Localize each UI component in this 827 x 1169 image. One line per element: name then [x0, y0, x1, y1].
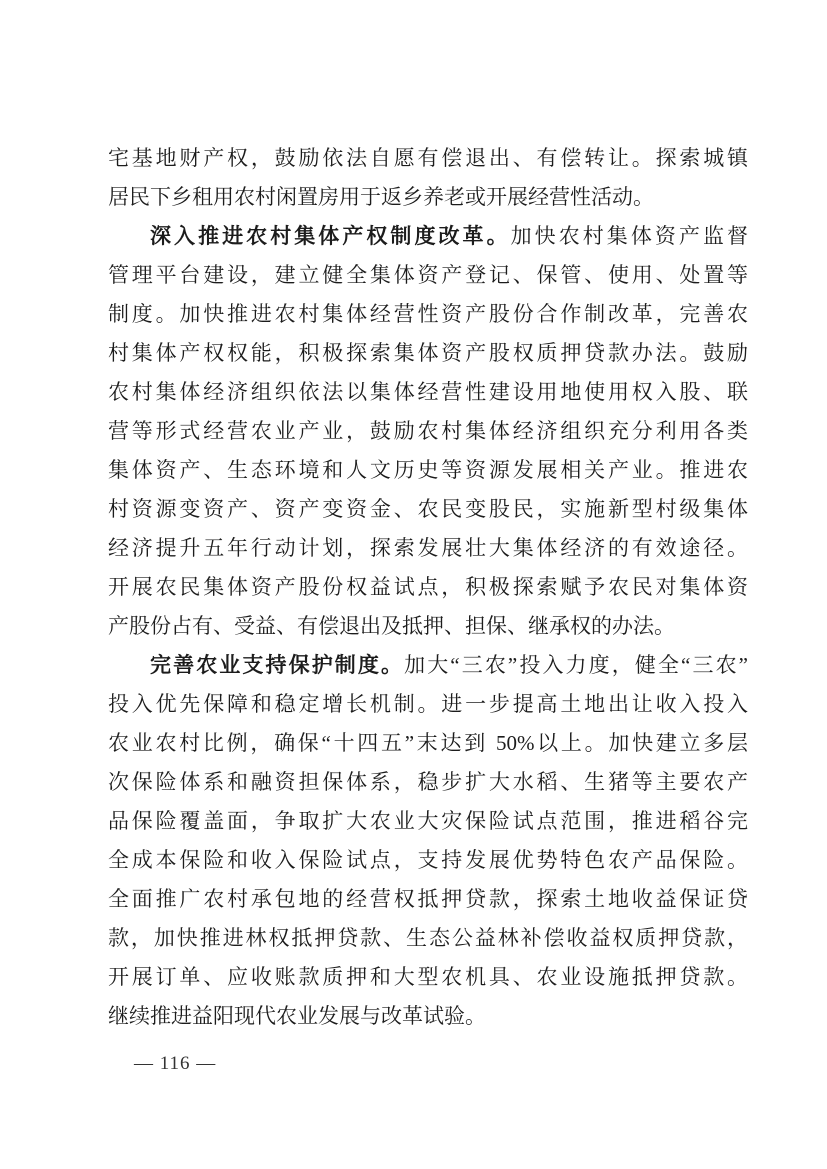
- text-line: 制度。加快推进农村集体经营性资产股份合作制改革，完善农: [108, 295, 748, 334]
- text-run: 继续推进益阳现代农业发展与改革试验。: [108, 1004, 486, 1028]
- text-run: 次保险体系和融资担保体系，稳步扩大水稻、生猪等主要农产: [108, 770, 748, 794]
- text-line: 开展农民集体资产股份权益试点，积极探索赋予农民对集体资: [108, 568, 748, 607]
- text-run: 品保险覆盖面，争取扩大农业大灾保险试点范围，推进稻谷完: [108, 809, 748, 833]
- text-run: 全面推广农村承包地的经营权抵押贷款，探索土地收益保证贷: [108, 887, 748, 911]
- section-heading-run: 完善农业支持保护制度。: [150, 653, 404, 677]
- text-run: 农村集体经济组织依法以集体经营性建设用地使用权入股、联: [108, 380, 748, 404]
- paragraph: 宅基地财产权，鼓励依法自愿有偿退出、有偿转让。探索城镇 居民下乡租用农村闲置房用…: [108, 139, 748, 217]
- document-body-text: 宅基地财产权，鼓励依法自愿有偿退出、有偿转让。探索城镇 居民下乡租用农村闲置房用…: [108, 139, 748, 1036]
- text-run: 营等形式经营农业产业，鼓励农村集体经济组织充分利用各类: [108, 419, 748, 443]
- text-run: 村资源变资产、资产变资金、农民变股民，实施新型村级集体: [108, 497, 748, 521]
- text-line: 村集体产权权能，积极探索集体资产股权质押贷款办法。鼓励: [108, 334, 748, 373]
- page-number: — 116 —: [134, 1050, 216, 1078]
- document-page: { "page": { "background_color": "#ffffff…: [0, 0, 827, 1169]
- text-line: 开展订单、应收账款质押和大型农机具、农业设施抵押贷款。: [108, 958, 748, 997]
- text-run: 经济提升五年行动计划，探索发展壮大集体经济的有效途径。: [108, 536, 748, 560]
- text-line: 产股份占有、受益、有偿退出及抵押、担保、继承权的办法。: [108, 607, 748, 646]
- text-line: 营等形式经营农业产业，鼓励农村集体经济组织充分利用各类: [108, 412, 748, 451]
- text-run: 农业农村比例，确保“十四五”末达到 50%以上。加快建立多层: [108, 731, 748, 755]
- text-run: 居民下乡租用农村闲置房用于返乡养老或开展经营性活动。: [108, 185, 654, 209]
- text-line: 管理平台建设，建立健全集体资产登记、保管、使用、处置等: [108, 256, 748, 295]
- text-line: 全成本保险和收入保险试点，支持发展优势特色农产品保险。: [108, 841, 748, 880]
- text-run: 集体资产、生态环境和人文历史等资源发展相关产业。推进农: [108, 458, 748, 482]
- text-run: 款，加快推进林权抵押贷款、生态公益林补偿收益权质押贷款，: [108, 926, 748, 950]
- text-run: 开展订单、应收账款质押和大型农机具、农业设施抵押贷款。: [108, 965, 748, 989]
- text-line: 村资源变资产、资产变资金、农民变股民，实施新型村级集体: [108, 490, 748, 529]
- text-line: 全面推广农村承包地的经营权抵押贷款，探索土地收益保证贷: [108, 880, 748, 919]
- text-line: 品保险覆盖面，争取扩大农业大灾保险试点范围，推进稻谷完: [108, 802, 748, 841]
- text-run: 宅基地财产权，鼓励依法自愿有偿退出、有偿转让。探索城镇: [108, 146, 748, 170]
- text-run: 村集体产权权能，积极探索集体资产股权质押贷款办法。鼓励: [108, 341, 748, 365]
- section-heading-run: 深入推进农村集体产权制度改革。: [150, 224, 511, 248]
- text-line: 居民下乡租用农村闲置房用于返乡养老或开展经营性活动。: [108, 178, 748, 217]
- text-run: 投入优先保障和稳定增长机制。进一步提高土地出让收入投入: [108, 692, 748, 716]
- text-line: 农村集体经济组织依法以集体经营性建设用地使用权入股、联: [108, 373, 748, 412]
- text-run: 全成本保险和收入保险试点，支持发展优势特色农产品保险。: [108, 848, 748, 872]
- text-line: 继续推进益阳现代农业发展与改革试验。: [108, 997, 748, 1036]
- text-line: 经济提升五年行动计划，探索发展壮大集体经济的有效途径。: [108, 529, 748, 568]
- text-line: 深入推进农村集体产权制度改革。加快农村集体资产监督: [108, 217, 748, 256]
- text-line: 投入优先保障和稳定增长机制。进一步提高土地出让收入投入: [108, 685, 748, 724]
- text-run: 开展农民集体资产股份权益试点，积极探索赋予农民对集体资: [108, 575, 748, 599]
- paragraph: 完善农业支持保护制度。加大“三农”投入力度，健全“三农” 投入优先保障和稳定增长…: [108, 646, 748, 1036]
- text-line: 宅基地财产权，鼓励依法自愿有偿退出、有偿转让。探索城镇: [108, 139, 748, 178]
- text-line: 次保险体系和融资担保体系，稳步扩大水稻、生猪等主要农产: [108, 763, 748, 802]
- text-run: 管理平台建设，建立健全集体资产登记、保管、使用、处置等: [108, 263, 748, 287]
- text-run: 产股份占有、受益、有偿退出及抵押、担保、继承权的办法。: [108, 614, 675, 638]
- text-line: 农业农村比例，确保“十四五”末达到 50%以上。加快建立多层: [108, 724, 748, 763]
- text-line: 集体资产、生态环境和人文历史等资源发展相关产业。推进农: [108, 451, 748, 490]
- text-run: 加快农村集体资产监督: [511, 224, 748, 248]
- text-run: 加大“三农”投入力度，健全“三农”: [404, 653, 748, 677]
- text-line: 款，加快推进林权抵押贷款、生态公益林补偿收益权质押贷款，: [108, 919, 748, 958]
- text-run: 制度。加快推进农村集体经营性资产股份合作制改革，完善农: [108, 302, 748, 326]
- text-line: 完善农业支持保护制度。加大“三农”投入力度，健全“三农”: [108, 646, 748, 685]
- paragraph: 深入推进农村集体产权制度改革。加快农村集体资产监督 管理平台建设，建立健全集体资…: [108, 217, 748, 646]
